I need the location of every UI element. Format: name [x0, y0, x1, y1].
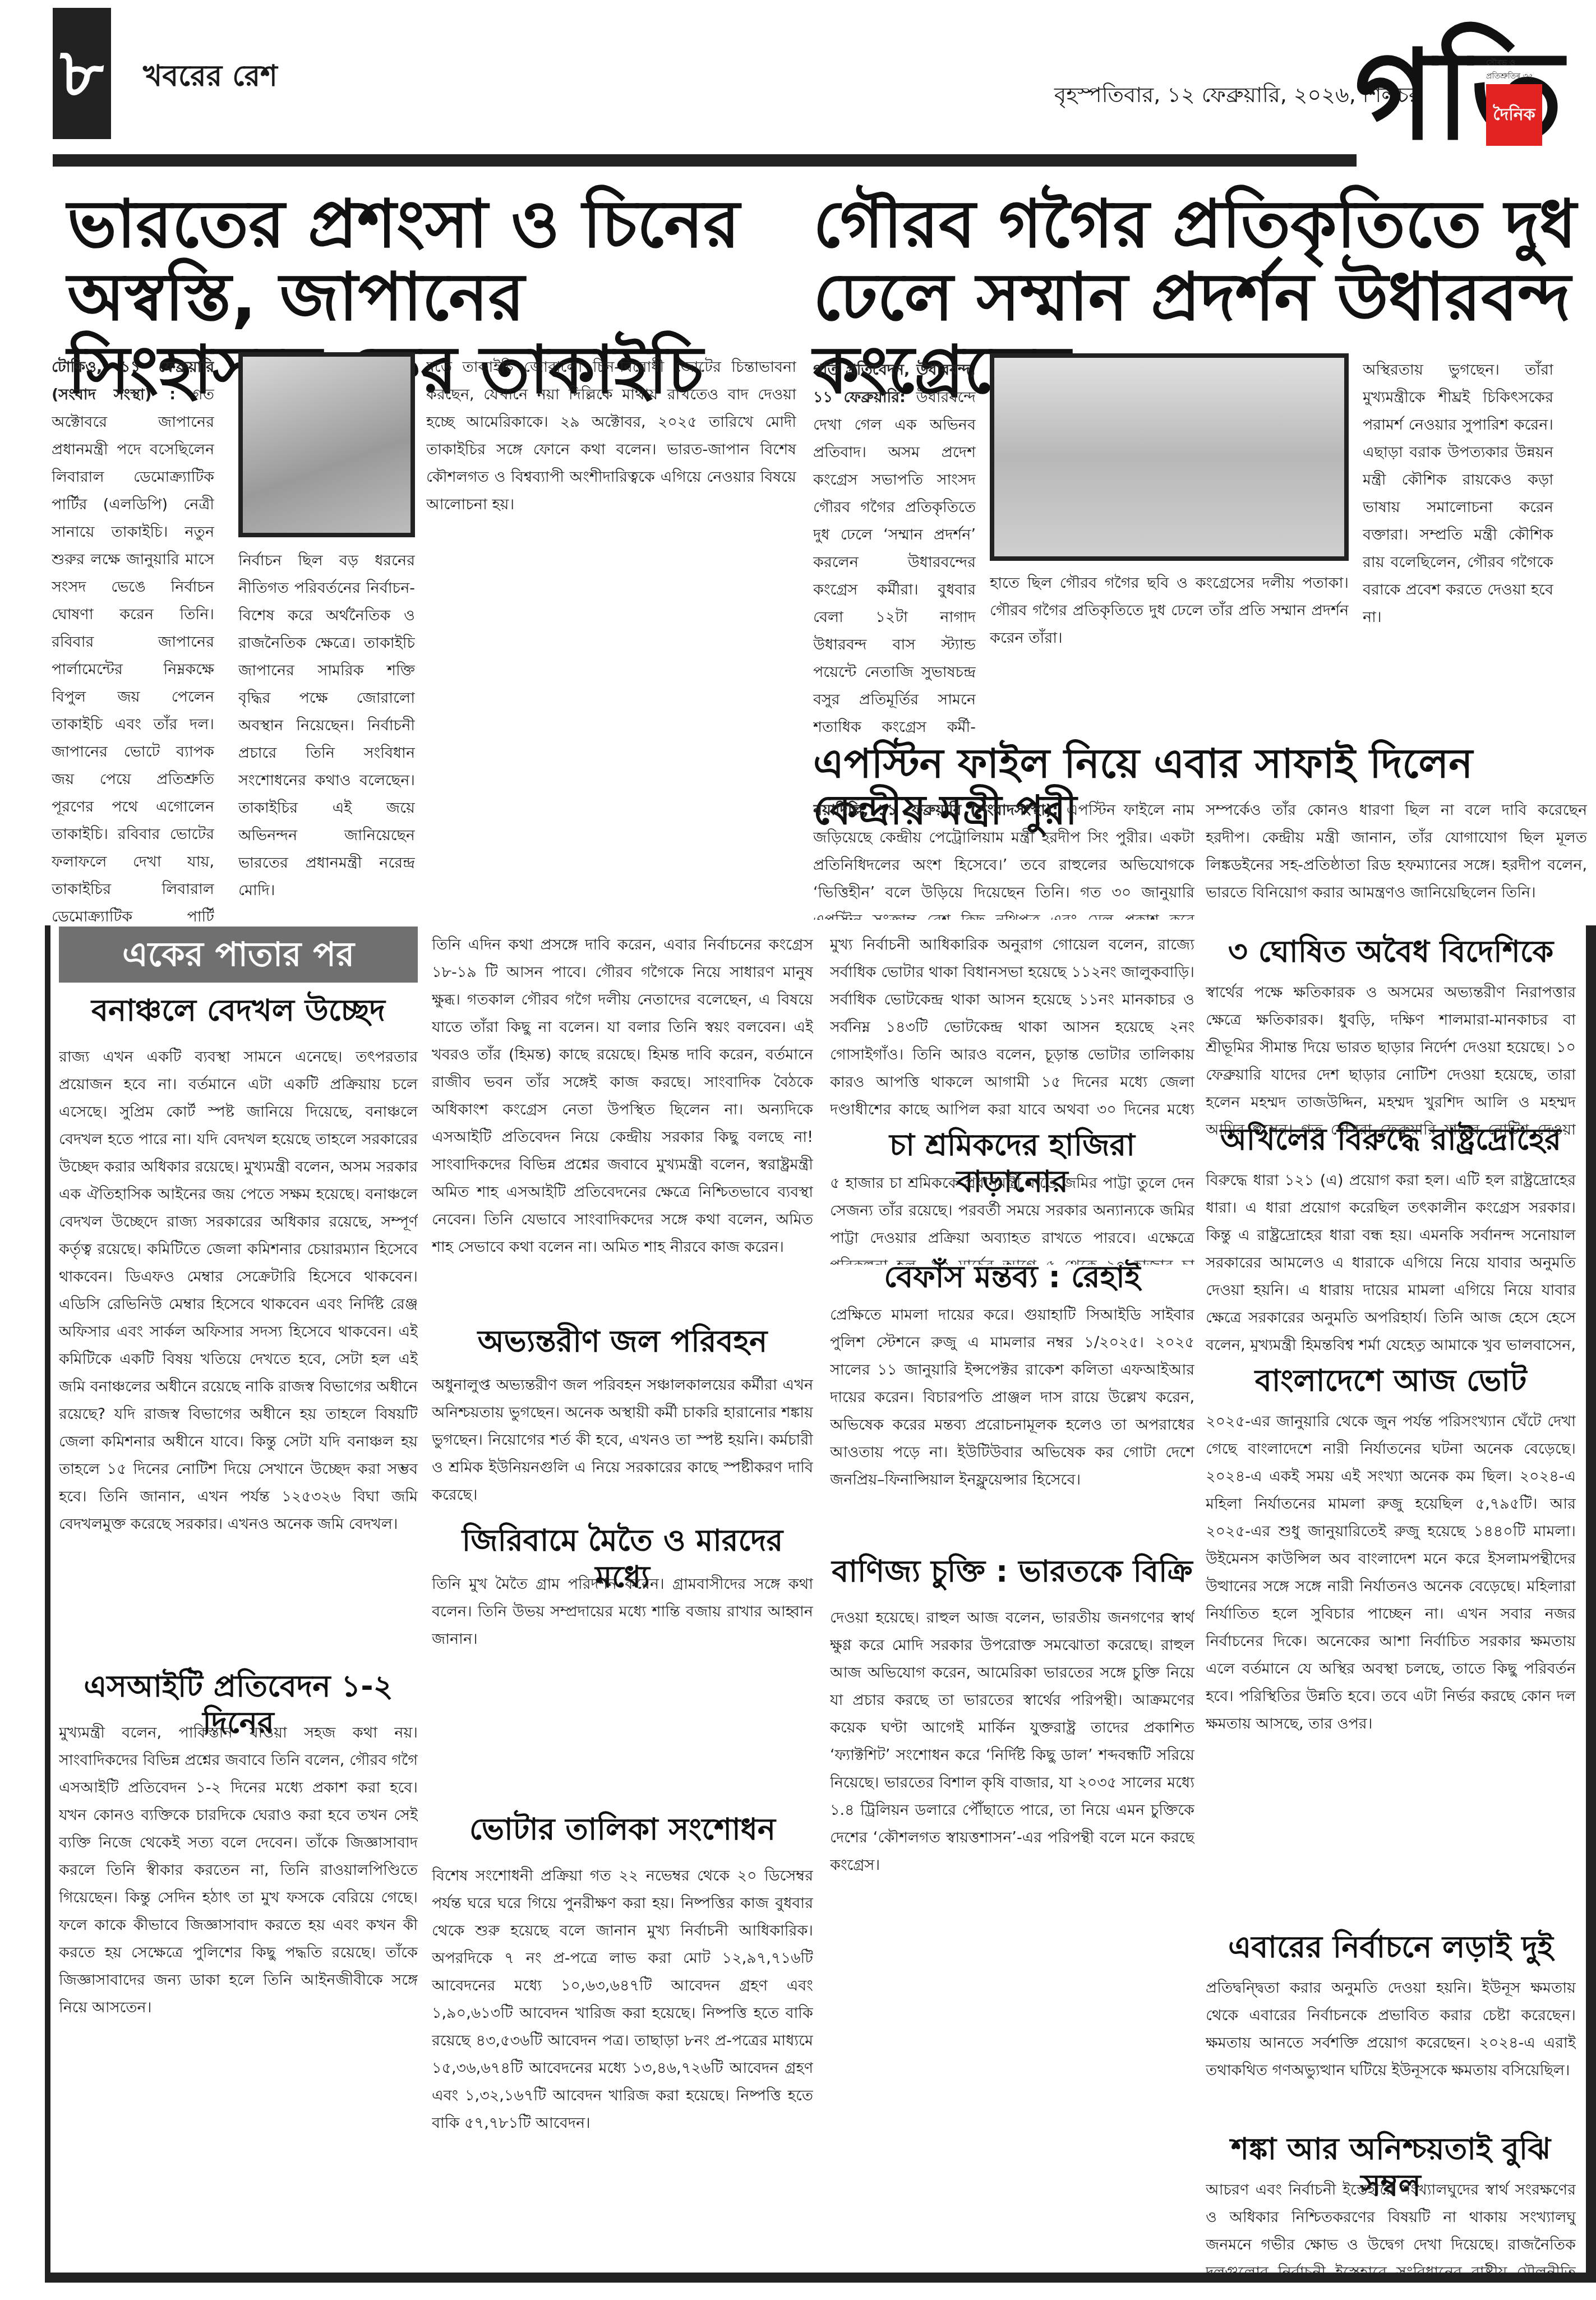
- article-headline-forest-eviction: বনাঞ্চলে বেদখল উচ্ছেদ: [59, 993, 418, 1029]
- story3-column-2: সম্পর্কেও তাঁর কোনও ধারণা ছিল না বলে দাব…: [1206, 796, 1587, 920]
- logo-badge: দৈনিক: [1486, 84, 1542, 146]
- congress-rally-photo: [990, 353, 1349, 561]
- article-body-minority-uncertainty: আচরণ এবং নির্বাচনী ইস্তেহারে সংখ্যালঘুদে…: [1206, 2176, 1576, 2277]
- story1-column-1: টোকিও, ১১ ফেব্রুয়ারি (সংবাদ সংস্থা) : গ…: [52, 353, 214, 925]
- article-headline-voter-list: ভোটার তালিকা সংশোধন: [432, 1812, 813, 1848]
- story2-body: উধারবন্দে দেখা গেল এক অভিনব প্রতিবাদ। অস…: [813, 389, 976, 738]
- story1-dateline: টোকিও, ১১ ফেব্রুয়ারি (সংবাদ সংস্থা) :: [52, 358, 214, 403]
- article-body-akhil-sedition: বিরুদ্ধে ধারা ১২১ (এ) প্রয়োগ করা হল। এট…: [1206, 1167, 1576, 1352]
- article-body-electoral-officer: মুখ্য নির্বাচনী আধিকারিক অনুরাগ গোয়েল ব…: [830, 931, 1194, 1122]
- article-headline-remark-relief: বেফাঁস মন্তব্য : রেহাই: [830, 1259, 1194, 1296]
- takaichi-photo: [238, 352, 415, 537]
- article-headline-water-transport: অভ্যন্তরীণ জল পরিবহন: [432, 1324, 813, 1360]
- article-headline-akhil-sedition: অখিলের বিরুদ্ধে রাষ্ট্রদ্রোহের: [1206, 1122, 1576, 1158]
- story1-body: গত অক্টোবরে জাপানের প্রধানমন্ত্রী পদে বস…: [52, 386, 214, 925]
- article-body-jiribam: তিনি মুখ মৈতৈ গ্রাম পরিদর্শন করেন। গ্রাম…: [432, 1570, 813, 1795]
- article-body-voter-list: বিশেষ সংশোধনী প্রক্রিয়া গত ২২ নভেম্বর থ…: [432, 1862, 813, 2271]
- story3-body: এপস্টিন ফাইলে নাম জড়িয়েছে কেন্দ্রীয় প…: [813, 801, 1194, 920]
- article-body-remark-relief: প্রেক্ষিতে মামলা দায়ের করে। গুয়াহাটি স…: [830, 1301, 1194, 1548]
- story1-column-2: নির্বাচন ছিল বড় ধরনের নীতিগত পরিবর্তনের…: [238, 547, 415, 925]
- article-body-sit-report: মুখ্যমন্ত্রী বলেন, পাকিস্তান যাওয়া সহজ …: [59, 1719, 418, 2269]
- article-body-election-fight: প্রতিদ্বন্দ্বিতা করার অনুমতি দেওয়া হয়ন…: [1206, 1974, 1576, 2126]
- story1-column-3: মতে তাকাইচি জোরালো চিন-বিরোধী জোটের চিন্…: [426, 353, 796, 925]
- article-body-trade-deal: দেওয়া হয়েছে। রাহুল আজ বলেন, ভারতীয় জন…: [830, 1604, 1194, 2271]
- article-body-congress-seats: তিনি এদিন কথা প্রসঙ্গে দাবি করেন, এবার ন…: [432, 931, 813, 1318]
- continued-banner: একের পাতার পর: [59, 927, 418, 983]
- article-body-forest-eviction: রাজ্য এখন একটি ব্যবস্থা সামনে এনেছে। তৎপ…: [59, 1043, 418, 1660]
- story3-dateline: নয়াদিল্লি, ১১ ফেব্রুয়ারি (সংবাদসংস্থা)…: [813, 801, 1058, 819]
- section-title: খবরের রেশ: [143, 53, 278, 102]
- article-body-bangladesh-vote: ২০২৫-এর জানুয়ারি থেকে জুন পর্যন্ত পরিসং…: [1206, 1408, 1576, 1929]
- article-body-foreigners: স্বার্থের পক্ষে ক্ষতিকারক ও অসমের অভ্যন্…: [1206, 979, 1576, 1141]
- story3-column-1: নয়াদিল্লি, ১১ ফেব্রুয়ারি (সংবাদসংস্থা)…: [813, 796, 1194, 920]
- header-rule: [53, 154, 1357, 167]
- article-headline-election-fight: এবারের নির্বাচনে লড়াই দুই: [1206, 1929, 1576, 1966]
- article-body-tea-workers: ৫ হাজার চা শ্রমিককে প্রধানমন্ত্রী যাতে জ…: [830, 1169, 1194, 1265]
- story2-column-3: অস্থিরতায় ভুগছেন। তাঁরা মুখ্যমন্ত্রীকে …: [1363, 356, 1553, 738]
- page-number: ৮: [53, 8, 111, 139]
- story2-column-1: গতি প্রতিবেদন, উধারবন্দ, ১১ ফেব্রুয়ারি:…: [813, 356, 976, 738]
- story2-column-2: হাতে ছিল গৌরব গগৈর ছবি ও কংগ্রেসের দলীয়…: [990, 569, 1349, 738]
- article-body-water-transport: অধুনালুপ্ত অভ্যন্তরীণ জল পরিবহন সঞ্চালকা…: [432, 1371, 813, 1517]
- article-headline-foreigners: ৩ ঘোষিত অবৈধ বিদেশিকে: [1206, 934, 1576, 970]
- article-headline-bangladesh-vote: বাংলাদেশে আজ ভোট: [1206, 1363, 1576, 1399]
- article-headline-trade-deal: বাণিজ্য চুক্তি : ভারতকে বিক্রি: [830, 1554, 1194, 1590]
